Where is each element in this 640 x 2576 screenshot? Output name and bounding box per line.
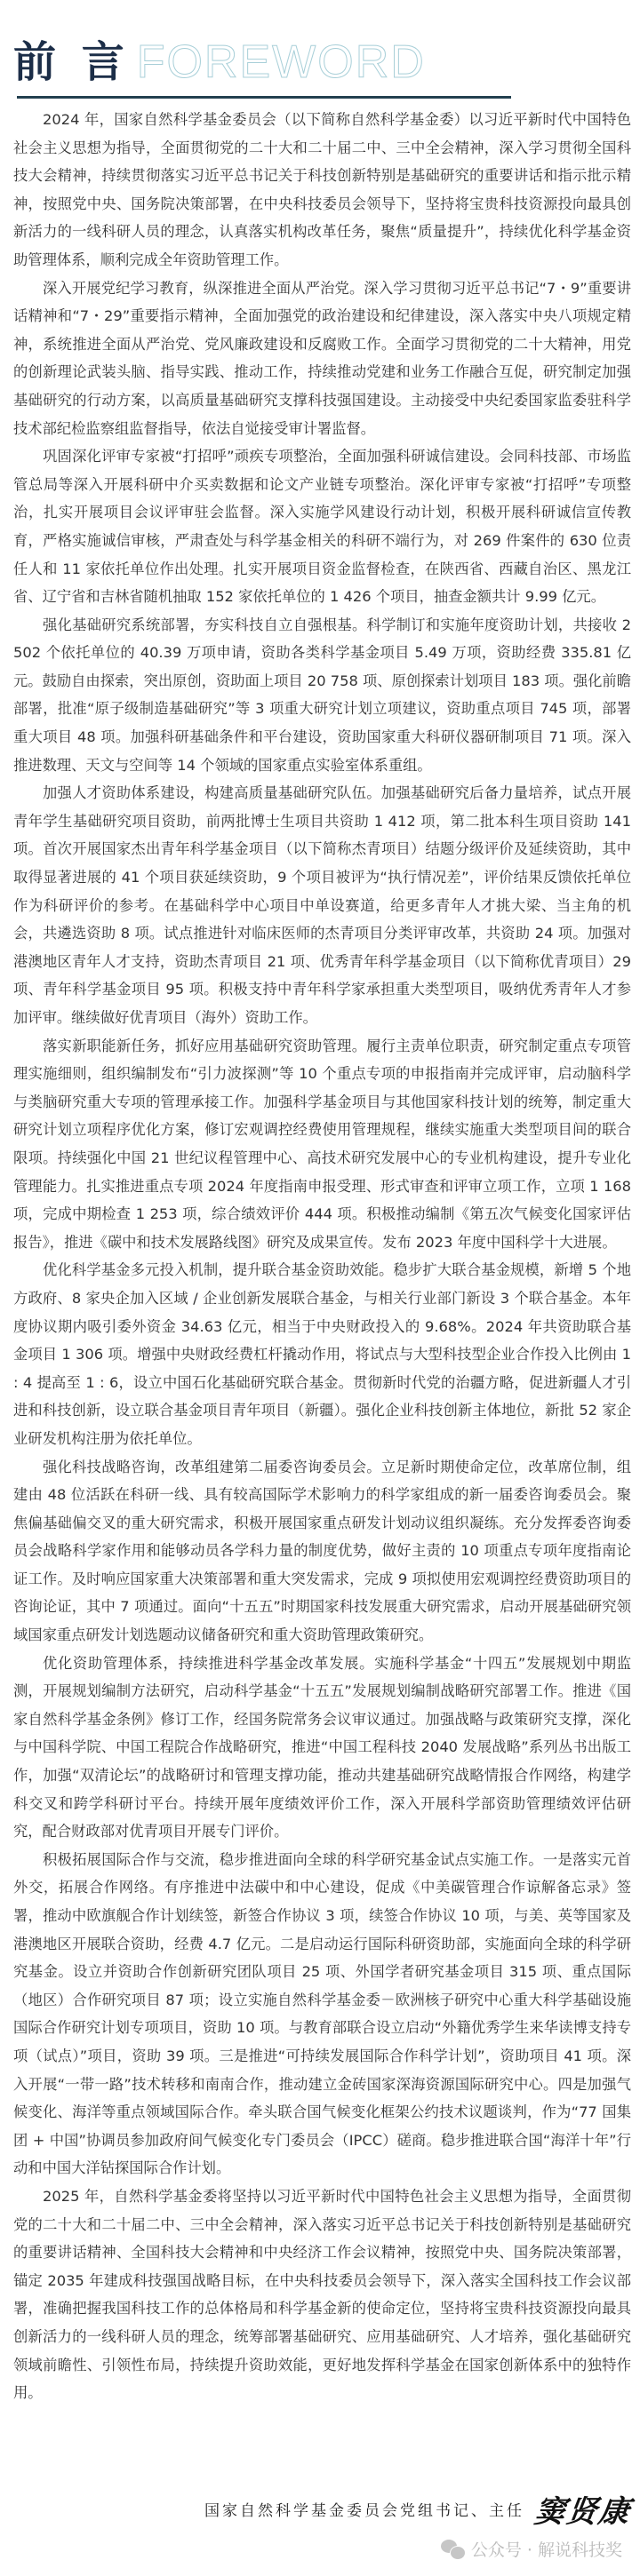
- watermark-text: 公众号 · 解说科技奖: [471, 2537, 622, 2561]
- title-divider: [17, 96, 511, 99]
- paragraph-basic-research: 强化基础研究系统部署，夯实科技自立自强根基。科学制订和实施年度资助计划，共接收 …: [13, 611, 631, 780]
- paragraph-strategic-consulting: 强化科技战略咨询，改革组建第二届委咨询委员会。立足新时期使命定位，改革席位制，组…: [13, 1453, 631, 1650]
- title-row: 前 言 FOREWORD: [13, 32, 511, 87]
- signature-block: 国家自然科学基金委员会党组书记、主任 窦贤康: [204, 2487, 631, 2531]
- page-title-en: FOREWORD: [137, 37, 426, 87]
- foreword-body: 2024 年，国家自然科学基金委员会（以下简称自然科学基金委）以习近平新时代中国…: [13, 106, 631, 2407]
- watermark: 公众号 · 解说科技奖: [441, 2537, 622, 2561]
- wechat-icon: [441, 2540, 466, 2559]
- paragraph-applied-research: 落实新职能新任务，抓好应用基础研究资助管理。履行主责单位职责，研究制定重点专项管…: [13, 1032, 631, 1257]
- signature-name: 窦贤康: [532, 2487, 635, 2531]
- paragraph-research-integrity: 巩固深化评审专家被“打招呼”顽疾专项整治，全面加强科研诚信建设。会同科技部、市场…: [13, 442, 631, 611]
- signature-title: 国家自然科学基金委员会党组书记、主任: [204, 2498, 524, 2520]
- paragraph-overview: 2024 年，国家自然科学基金委员会（以下简称自然科学基金委）以习近平新时代中国…: [13, 106, 631, 274]
- page-title-cn: 前 言: [13, 37, 130, 87]
- page-header: 前 言 FOREWORD: [13, 32, 511, 99]
- paragraph-outlook-2025: 2025 年，自然科学基金委将坚持以习近平新时代中国特色社会主义思想为指导，全面…: [13, 2182, 631, 2407]
- paragraph-management-reform: 优化资助管理体系，持续推进科学基金改革发展。实施科学基金“十四五”发展规划中期监…: [13, 1650, 631, 1846]
- paragraph-international-cooperation: 积极拓展国际合作与交流，稳步推进面向全球的科学研究基金试点实施工作。一是落实元首…: [13, 1846, 631, 2182]
- paragraph-talent-funding: 加强人才资助体系建设，构建高质量基础研究队伍。加强基础研究后备力量培养，试点开展…: [13, 779, 631, 1031]
- paragraph-joint-fund: 优化科学基金多元投入机制，提升联合基金资助效能。稳步扩大联合基金规模，新增 5 …: [13, 1256, 631, 1452]
- paragraph-party-discipline: 深入开展党纪学习教育，纵深推进全面从严治党。深入学习贯彻习近平总书记“7・9”重…: [13, 274, 631, 443]
